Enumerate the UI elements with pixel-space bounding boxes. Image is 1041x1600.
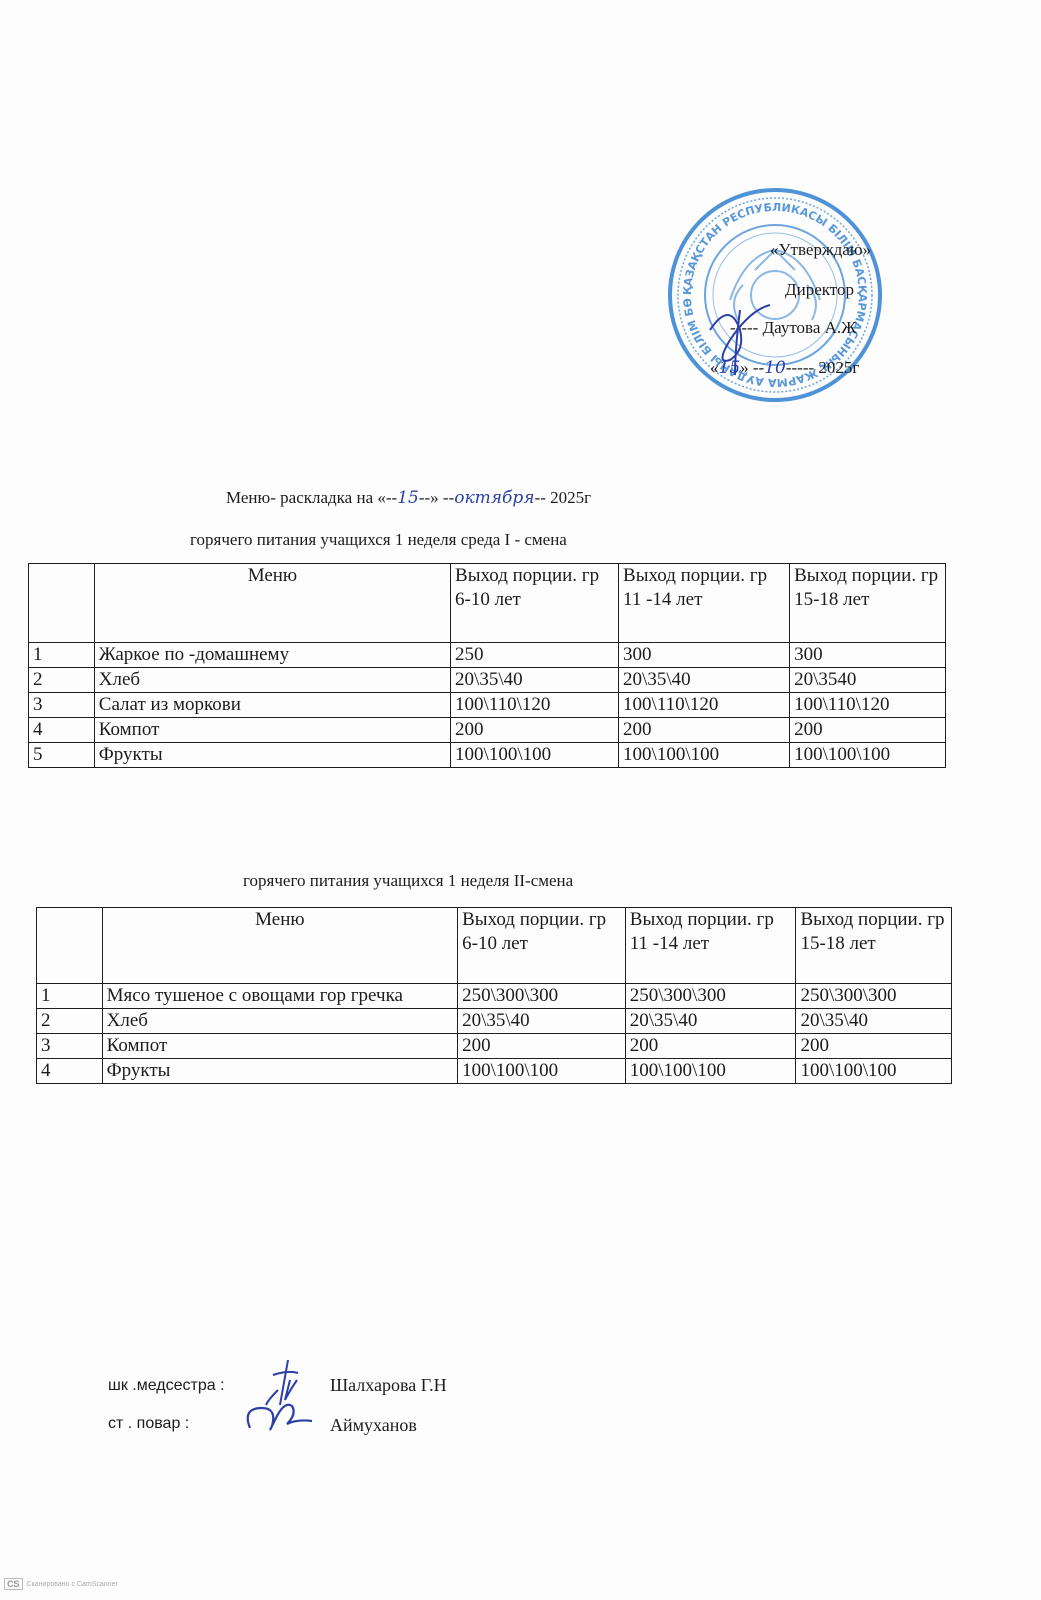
- cell-num: 3: [29, 693, 95, 718]
- table-row: 4Фрукты100\100\100100\100\100100\100\100: [37, 1059, 952, 1084]
- shift2-subtitle: горячего питания учащихся 1 неделя II-см…: [243, 871, 573, 891]
- header-menu: Меню: [94, 564, 450, 643]
- cell-dish: Жаркое по -домашнему: [94, 643, 450, 668]
- cell-group-a: 20\35\40: [458, 1009, 626, 1034]
- cell-group-a: 250\300\300: [458, 984, 626, 1009]
- cell-dish: Фрукты: [102, 1059, 457, 1084]
- cell-group-a: 100\110\120: [451, 693, 619, 718]
- cell-group-b: 100\100\100: [619, 743, 790, 768]
- document-page: ҚАЗАҚСТАН РЕСПУБЛИКАСЫ БІЛІМ БАСҚАРМАСЫН…: [0, 0, 1041, 1600]
- cell-group-c: 200: [790, 718, 946, 743]
- cell-group-c: 300: [790, 643, 946, 668]
- cell-group-c: 20\3540: [790, 668, 946, 693]
- title-month: октября: [454, 488, 534, 508]
- approval-label: «Утверждаю»: [770, 240, 871, 260]
- title-year: 2025г: [550, 488, 591, 507]
- header-group-b: Выход порции. гр 11 -14 лет: [619, 564, 790, 643]
- cell-group-b: 200: [625, 1034, 796, 1059]
- cell-group-b: 20\35\40: [619, 668, 790, 693]
- director-signature-icon: [700, 290, 780, 380]
- shift2-menu-table: Меню Выход порции. гр 6-10 лет Выход пор…: [36, 907, 952, 1084]
- cell-num: 1: [37, 984, 103, 1009]
- cell-dish: Мясо тушеное с овощами гор гречка: [102, 984, 457, 1009]
- cook-label: ст . повар :: [108, 1415, 189, 1433]
- cell-dish: Компот: [102, 1034, 457, 1059]
- table-row: 2Хлеб20\35\4020\35\4020\3540: [29, 668, 946, 693]
- cell-dish: Хлеб: [102, 1009, 457, 1034]
- shift1-menu-table: Меню Выход порции. гр 6-10 лет Выход пор…: [28, 563, 946, 768]
- cook-signature-icon: [238, 1398, 318, 1443]
- cell-group-b: 100\110\120: [619, 693, 790, 718]
- cell-group-c: 250\300\300: [796, 984, 952, 1009]
- table-row: 5Фрукты100\100\100100\100\100100\100\100: [29, 743, 946, 768]
- cell-group-a: 20\35\40: [451, 668, 619, 693]
- cell-dish: Компот: [94, 718, 450, 743]
- cell-num: 3: [37, 1034, 103, 1059]
- header-menu: Меню: [102, 908, 457, 984]
- shift1-subtitle: горячего питания учащихся 1 неделя среда…: [190, 530, 567, 550]
- cell-group-b: 300: [619, 643, 790, 668]
- cell-group-c: 100\110\120: [790, 693, 946, 718]
- table-header-row: Меню Выход порции. гр 6-10 лет Выход пор…: [29, 564, 946, 643]
- title-day: 15: [397, 488, 419, 508]
- table-header-row: Меню Выход порции. гр 6-10 лет Выход пор…: [37, 908, 952, 984]
- header-group-a: Выход порции. гр 6-10 лет: [458, 908, 626, 984]
- cell-num: 2: [37, 1009, 103, 1034]
- table-row: 1Мясо тушеное с овощами гор гречка250\30…: [37, 984, 952, 1009]
- table-row: 4Компот200200200: [29, 718, 946, 743]
- header-num: [37, 908, 103, 984]
- header-group-c: Выход порции. гр 15-18 лет: [796, 908, 952, 984]
- cell-group-a: 200: [458, 1034, 626, 1059]
- cell-group-a: 100\100\100: [451, 743, 619, 768]
- header-group-a: Выход порции. гр 6-10 лет: [451, 564, 619, 643]
- cell-group-c: 100\100\100: [796, 1059, 952, 1084]
- scanner-watermark: CS Сканировано с CamScanner: [4, 1578, 118, 1590]
- cell-group-c: 20\35\40: [796, 1009, 952, 1034]
- cell-num: 4: [29, 718, 95, 743]
- nurse-name: Шалхарова Г.Н: [330, 1375, 447, 1396]
- nurse-label: шк .медсестра :: [108, 1377, 225, 1395]
- header-group-b: Выход порции. гр 11 -14 лет: [625, 908, 796, 984]
- camscanner-logo-icon: CS: [4, 1578, 23, 1590]
- approval-year: 2025г: [818, 358, 859, 377]
- cell-num: 5: [29, 743, 95, 768]
- cell-group-b: 20\35\40: [625, 1009, 796, 1034]
- cell-group-a: 100\100\100: [458, 1059, 626, 1084]
- cook-name: Аймуханов: [330, 1415, 417, 1436]
- cell-num: 1: [29, 643, 95, 668]
- cell-group-c: 200: [796, 1034, 952, 1059]
- cell-num: 2: [29, 668, 95, 693]
- header-group-c: Выход порции. гр 15-18 лет: [790, 564, 946, 643]
- header-num: [29, 564, 95, 643]
- table-row: 3Компот200200200: [37, 1034, 952, 1059]
- menu-title: Меню- раскладка на «--15--» --октября-- …: [226, 488, 591, 508]
- cell-group-c: 100\100\100: [790, 743, 946, 768]
- director-position: Директор: [785, 280, 854, 300]
- cell-group-b: 200: [619, 718, 790, 743]
- table-row: 2Хлеб20\35\4020\35\4020\35\40: [37, 1009, 952, 1034]
- cell-group-a: 250: [451, 643, 619, 668]
- table-row: 3Салат из моркови100\110\120100\110\1201…: [29, 693, 946, 718]
- cell-group-a: 200: [451, 718, 619, 743]
- table-row: 1Жаркое по -домашнему250300300: [29, 643, 946, 668]
- cell-dish: Хлеб: [94, 668, 450, 693]
- cell-group-b: 100\100\100: [625, 1059, 796, 1084]
- cell-group-b: 250\300\300: [625, 984, 796, 1009]
- cell-num: 4: [37, 1059, 103, 1084]
- cell-dish: Фрукты: [94, 743, 450, 768]
- cell-dish: Салат из моркови: [94, 693, 450, 718]
